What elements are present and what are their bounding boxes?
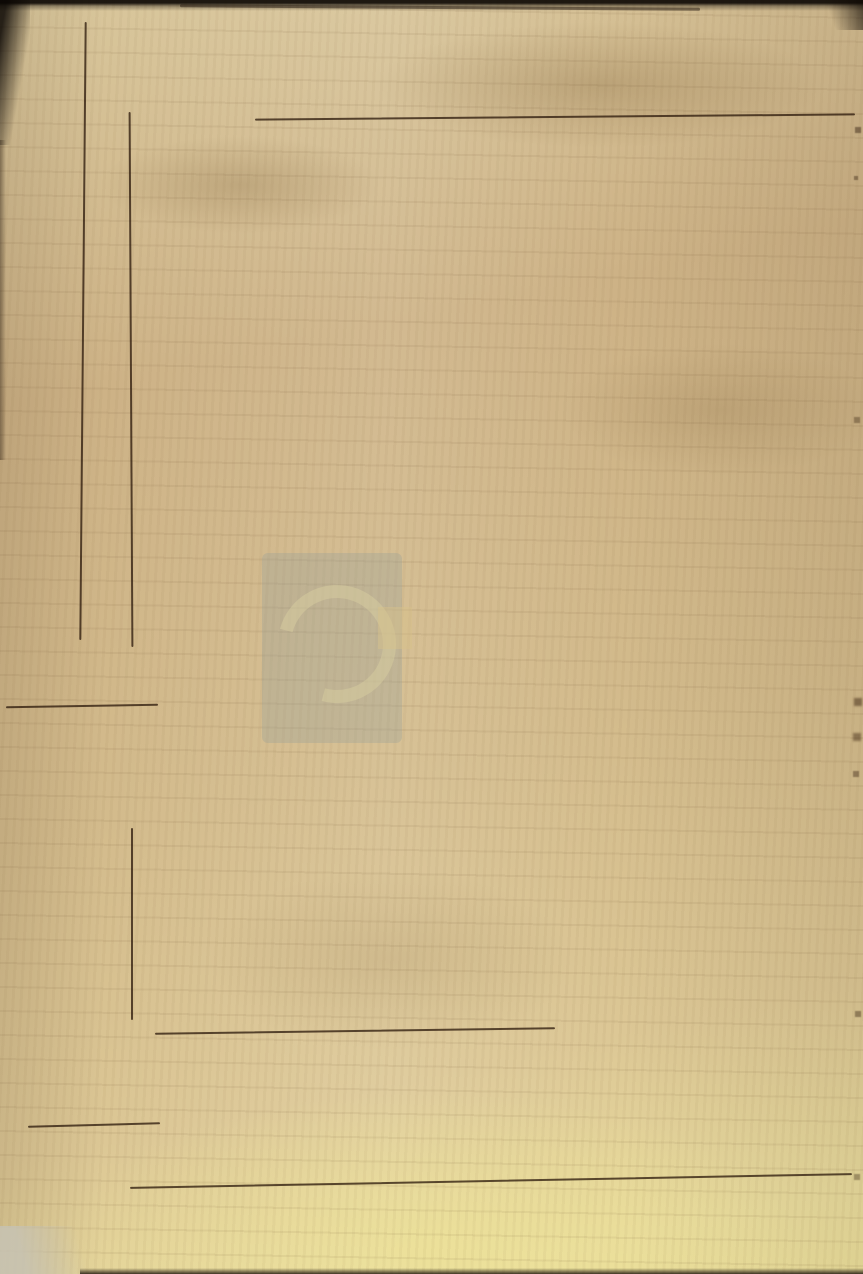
scan-corner-top-left [0, 0, 30, 145]
manuscript-page [0, 0, 863, 1274]
scan-corner-bottom-left [0, 1226, 95, 1274]
scan-corner-top-right [819, 0, 863, 30]
library-watermark [392, 470, 682, 745]
scan-edge-left [0, 140, 6, 460]
scan-edge-bottom [80, 1268, 863, 1274]
ink-rule-vertical [131, 828, 133, 1020]
scan-edge-specks [856, 0, 860, 4]
library-logo-watermark [262, 553, 402, 743]
